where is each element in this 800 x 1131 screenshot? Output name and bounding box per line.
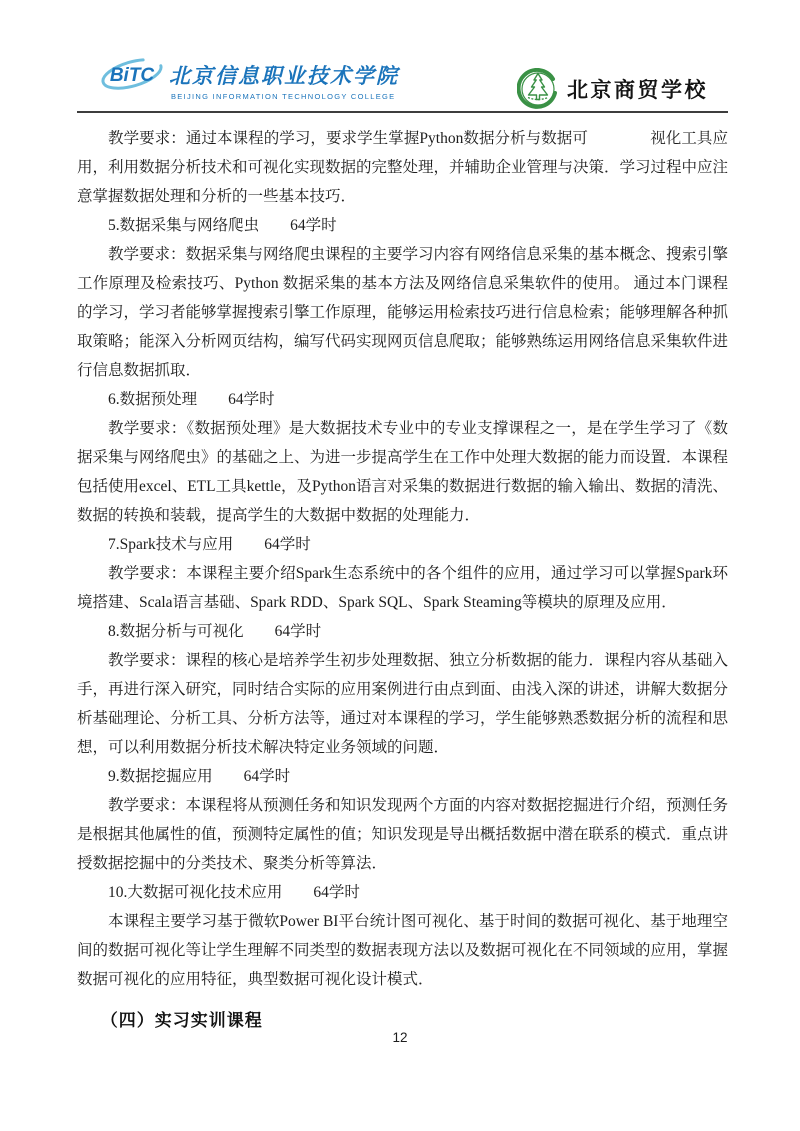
body-paragraph: 本课程主要学习基于微软Power BI平台统计图可视化、基于时间的数据可视化、基… xyxy=(77,907,728,994)
body-paragraph: 教学要求：数据采集与网络爬虫课程的主要学习内容有网络信息采集的基本概念、搜索引擎… xyxy=(77,240,728,385)
course-title-line: 10.大数据可视化技术应用 64学时 xyxy=(77,878,728,907)
body-paragraph: 教学要求：《数据预处理》是大数据技术专业中的专业支撑课程之一，是在学生学习了《数… xyxy=(77,414,728,530)
bitc-en-name: BEIJING INFORMATION TECHNOLOGY COLLEGE xyxy=(171,92,399,101)
page-number: 12 xyxy=(392,1030,407,1045)
body-paragraph: 教学要求：课程的核心是培养学生初步处理数据、独立分析数据的能力．课程内容从基础入… xyxy=(77,646,728,762)
course-title-line: 9.数据挖掘应用 64学时 xyxy=(77,762,728,791)
commerce-school-logo: 北京商贸学校 xyxy=(517,68,708,110)
body-paragraph: 教学要求：本课程将从预测任务和知识发现两个方面的内容对数据挖掘进行介绍，预测任务… xyxy=(77,791,728,878)
document-body: 教学要求：通过本课程的学习，要求学生掌握Python数据分析与数据可 视化工具应… xyxy=(77,124,728,1035)
tree-emblem-icon xyxy=(517,68,559,110)
bitc-abbr-text: BiTC xyxy=(110,65,155,86)
document-page: BiTC 北京信息职业技术学院 BEIJING INFORMATION TECH… xyxy=(0,0,800,1131)
page-footer: 12 xyxy=(0,1030,800,1045)
body-paragraph: 教学要求：本课程主要介绍Spark生态系统中的各个组件的应用，通过学习可以掌握S… xyxy=(77,559,728,617)
page-header: BiTC 北京信息职业技术学院 BEIJING INFORMATION TECH… xyxy=(77,0,728,113)
commerce-school-name: 北京商贸学校 xyxy=(567,74,708,104)
body-paragraph: 教学要求：通过本课程的学习，要求学生掌握Python数据分析与数据可 视化工具应… xyxy=(77,124,728,211)
course-title-line: 7.Spark技术与应用 64学时 xyxy=(77,530,728,559)
bitc-swoosh-icon: BiTC xyxy=(99,54,165,96)
bitc-cn-name: 北京信息职业技术学院 xyxy=(169,60,399,90)
course-title-line: 6.数据预处理 64学时 xyxy=(77,385,728,414)
course-title-line: 8.数据分析与可视化 64学时 xyxy=(77,617,728,646)
course-title-line: 5.数据采集与网络爬虫 64学时 xyxy=(77,211,728,240)
bitc-logo: BiTC 北京信息职业技术学院 BEIJING INFORMATION TECH… xyxy=(99,54,399,101)
